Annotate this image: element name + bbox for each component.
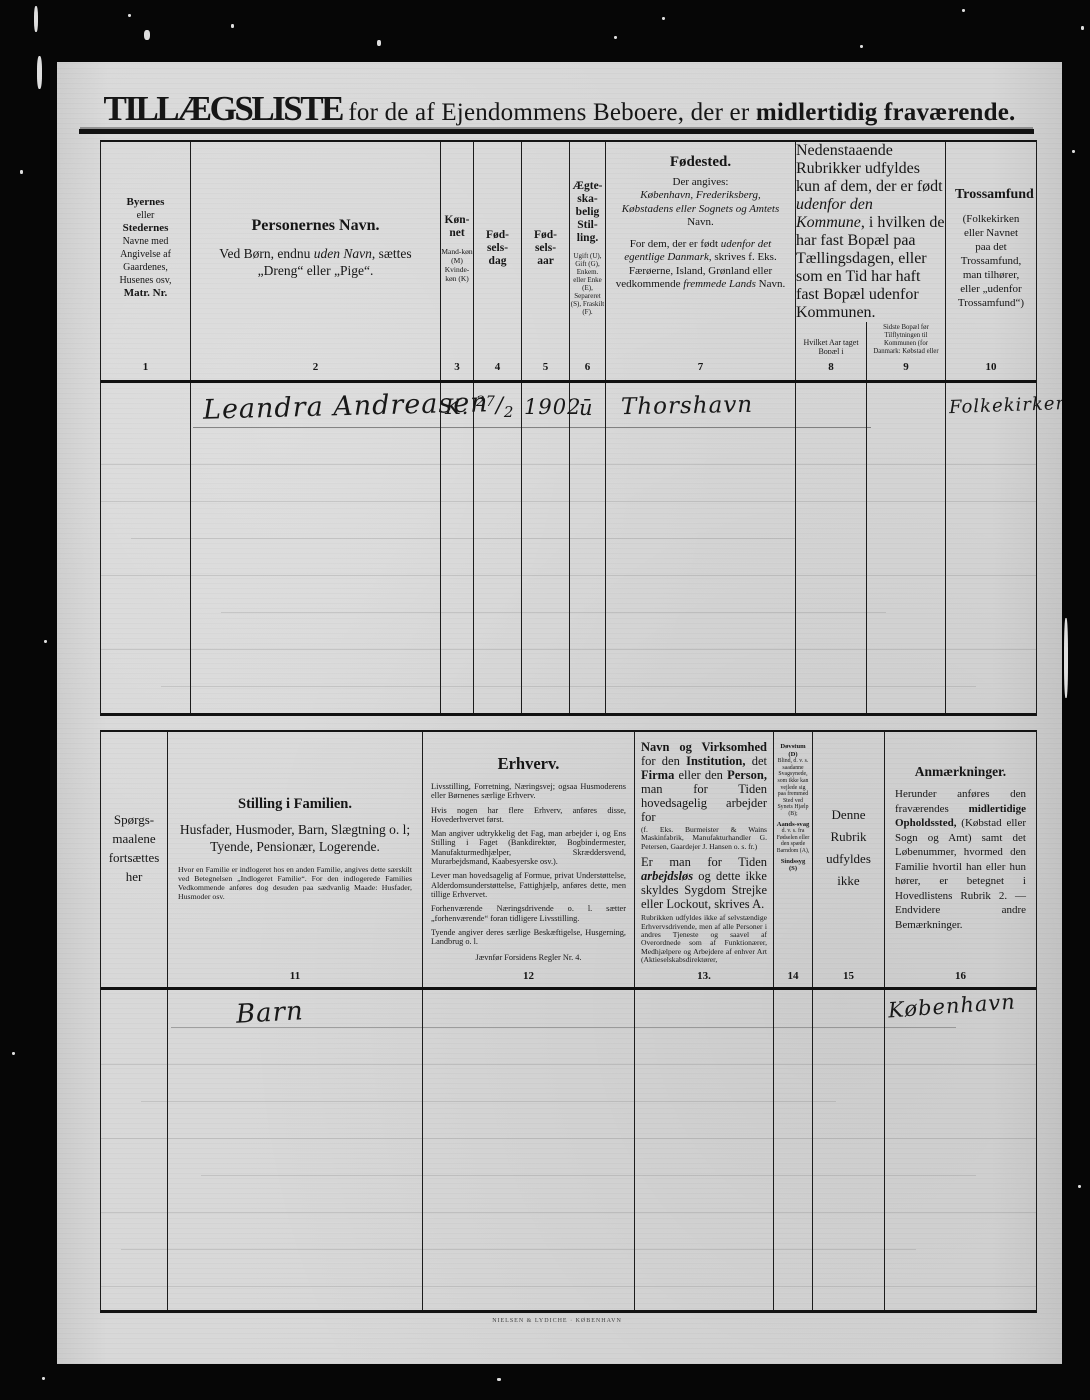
column-number: 6 [570, 354, 606, 380]
col14-header-disabilities: Døvstum (D) Blind, d. v. s. saadanne Sva… [774, 732, 813, 964]
group-header-note: Nedenstaaende Rubrikker udfyldes kun af … [796, 142, 945, 322]
col8-subheader: Hvilket Aar taget Bopæl i Kommunen? [796, 322, 867, 354]
scan-speck [860, 45, 863, 48]
grid-line [440, 383, 441, 713]
col9-subheader: Sidste Bopæl før Tilflytningen til Kommu… [867, 322, 945, 354]
col1-header-place: Byernes eller Stedernes Navne med Angive… [101, 142, 191, 354]
column-number: 4 [474, 354, 522, 380]
grid-line [167, 990, 168, 1310]
column-number: 12 [423, 964, 635, 987]
ruled-line [101, 1138, 1036, 1139]
ruled-line [101, 1212, 1036, 1213]
table-upper: Byernes eller Stedernes Navne med Angive… [100, 140, 1037, 716]
ruled-line [121, 1249, 916, 1250]
column-number: 3 [441, 354, 474, 380]
col4-header-birthday: Fød- sels- dag [474, 142, 522, 354]
handwritten-birthplace: Thorshavn [621, 392, 754, 420]
grid-line [473, 383, 474, 713]
column-number-empty [101, 964, 168, 987]
grid-line [773, 990, 774, 1310]
scan-speck [962, 9, 965, 12]
handwritten-remark: København [887, 990, 1016, 1023]
scan-speck [1064, 618, 1068, 698]
scan-speck [42, 1377, 45, 1380]
scan-speck [1081, 26, 1084, 30]
handwritten-birthyear: 1902 [524, 395, 581, 419]
ruled-line [141, 1101, 836, 1102]
column-number: 9 [867, 354, 946, 380]
column-number: 2 [191, 354, 441, 380]
col11-header-family-position: Stilling i Familien. Husfader, Husmoder,… [168, 732, 423, 964]
grid-line [884, 990, 885, 1310]
table-lower: Spørgs- maalene fortsættes her Stilling … [100, 730, 1037, 1313]
scan-speck [128, 14, 131, 17]
col5-header-birthyear: Fød- sels- aar [522, 142, 570, 354]
continuation-label: Spørgs- maalene fortsættes her [101, 732, 168, 964]
grid-line [422, 990, 423, 1310]
census-form-page: TILLÆGSLISTE for de af Ejendommens Beboe… [57, 62, 1062, 1364]
grid-line [866, 383, 867, 713]
col7-header-birthplace: Fødested. Der angives:København, Frederi… [606, 142, 796, 354]
table2-data-area: Barn København [101, 990, 1036, 1310]
scan-speck [34, 6, 38, 32]
column-number: 7 [606, 354, 796, 380]
table1-data-area: Leandra Andreasen K. 27/2 1902 ū Thorsha… [101, 383, 1036, 713]
ruled-line [201, 1175, 976, 1176]
column-number: 10 [946, 354, 1036, 380]
col6-header-marital: Ægte- ska- belig Stil- ling. Ugift (U), … [570, 142, 606, 354]
ruled-line [101, 501, 1036, 502]
page-title: TILLÆGSLISTE for de af Ejendommens Beboe… [57, 89, 1062, 129]
column-number: 15 [813, 964, 885, 987]
column-number: 1 [101, 354, 191, 380]
ruled-line [171, 1027, 956, 1028]
col12-header-occupation: Erhverv. Livsstilling, Forretning, Nærin… [423, 732, 635, 964]
ruled-line [101, 575, 1036, 576]
col10-header-faith: Trossamfund (Folkekirken eller Navnet pa… [946, 142, 1036, 354]
table2-number-row: 11 12 13. 14 15 16 [101, 964, 1036, 990]
col16-header-remarks: Anmærkninger. Herunder anføres den fravæ… [885, 732, 1036, 964]
printer-mark: NIELSEN & LYDICHE · KØBENHAVN [457, 1318, 657, 1324]
scan-speck [20, 170, 23, 174]
ruled-line [101, 649, 1036, 650]
handwritten-marital: ū [579, 396, 594, 420]
ruled-line [221, 612, 886, 613]
table1-number-row: 1 2 3 4 5 6 7 8 9 10 [101, 354, 1036, 383]
grid-line [569, 383, 570, 713]
table2-header-row: Spørgs- maalene fortsættes her Stilling … [101, 732, 1036, 964]
grid-line [521, 383, 522, 713]
handwritten-birthday: 27/2 [476, 393, 514, 421]
col3-header-sex: Køn- net Mand-køn (M) Kvinde-køn (K) [441, 142, 474, 354]
ruled-line [193, 427, 871, 428]
title-rule [79, 129, 1034, 134]
ruled-line [161, 686, 976, 687]
header-text: Byernes [106, 196, 185, 209]
grid-line [634, 990, 635, 1310]
scan-speck [1072, 150, 1075, 153]
col8-9-group-header: Nedenstaaende Rubrikker udfyldes kun af … [796, 142, 946, 354]
handwritten-family-position: Barn [235, 996, 304, 1030]
column-number: 13. [635, 964, 774, 987]
grid-line [605, 383, 606, 713]
column-number: 8 [796, 354, 867, 380]
col15-header-not-filled: Denne Rubrik udfyldes ikke [813, 732, 885, 964]
scan-speck [37, 56, 42, 89]
table1-header-row: Byernes eller Stedernes Navne med Angive… [101, 142, 1036, 354]
column-number: 14 [774, 964, 813, 987]
scan-speck [614, 36, 617, 39]
col2-header-name: Personernes Navn. Ved Børn, endnu uden N… [191, 142, 441, 354]
scan-speck [497, 1378, 501, 1381]
grid-line [795, 383, 796, 713]
column-number: 16 [885, 964, 1036, 987]
ruled-line [101, 1064, 1036, 1065]
title-middle: for de af Ejendommens Beboere, der er [342, 99, 756, 126]
scan-speck [662, 17, 665, 20]
col13-header-employer: Navn og Virksomhed for den Institution, … [635, 732, 774, 964]
column-number: 5 [522, 354, 570, 380]
form-type-label: TILLÆGSLISTE [103, 89, 341, 128]
column-number: 11 [168, 964, 423, 987]
handwritten-faith: Folkekirken [949, 393, 1062, 418]
scan-speck [144, 30, 150, 40]
ruled-line [101, 1286, 1036, 1287]
grid-line [190, 383, 191, 713]
scan-speck [12, 1052, 15, 1055]
handwritten-sex: K. [445, 395, 469, 419]
scan-speck [1078, 1185, 1081, 1188]
scan-speck [44, 640, 47, 643]
scan-speck [231, 24, 234, 28]
title-bold-tail: midlertidig fraværende. [756, 99, 1016, 126]
grid-line [812, 990, 813, 1310]
ruled-line [131, 538, 796, 539]
grid-line [945, 383, 946, 713]
scan-speck [377, 40, 381, 46]
ruled-line [101, 464, 1036, 465]
